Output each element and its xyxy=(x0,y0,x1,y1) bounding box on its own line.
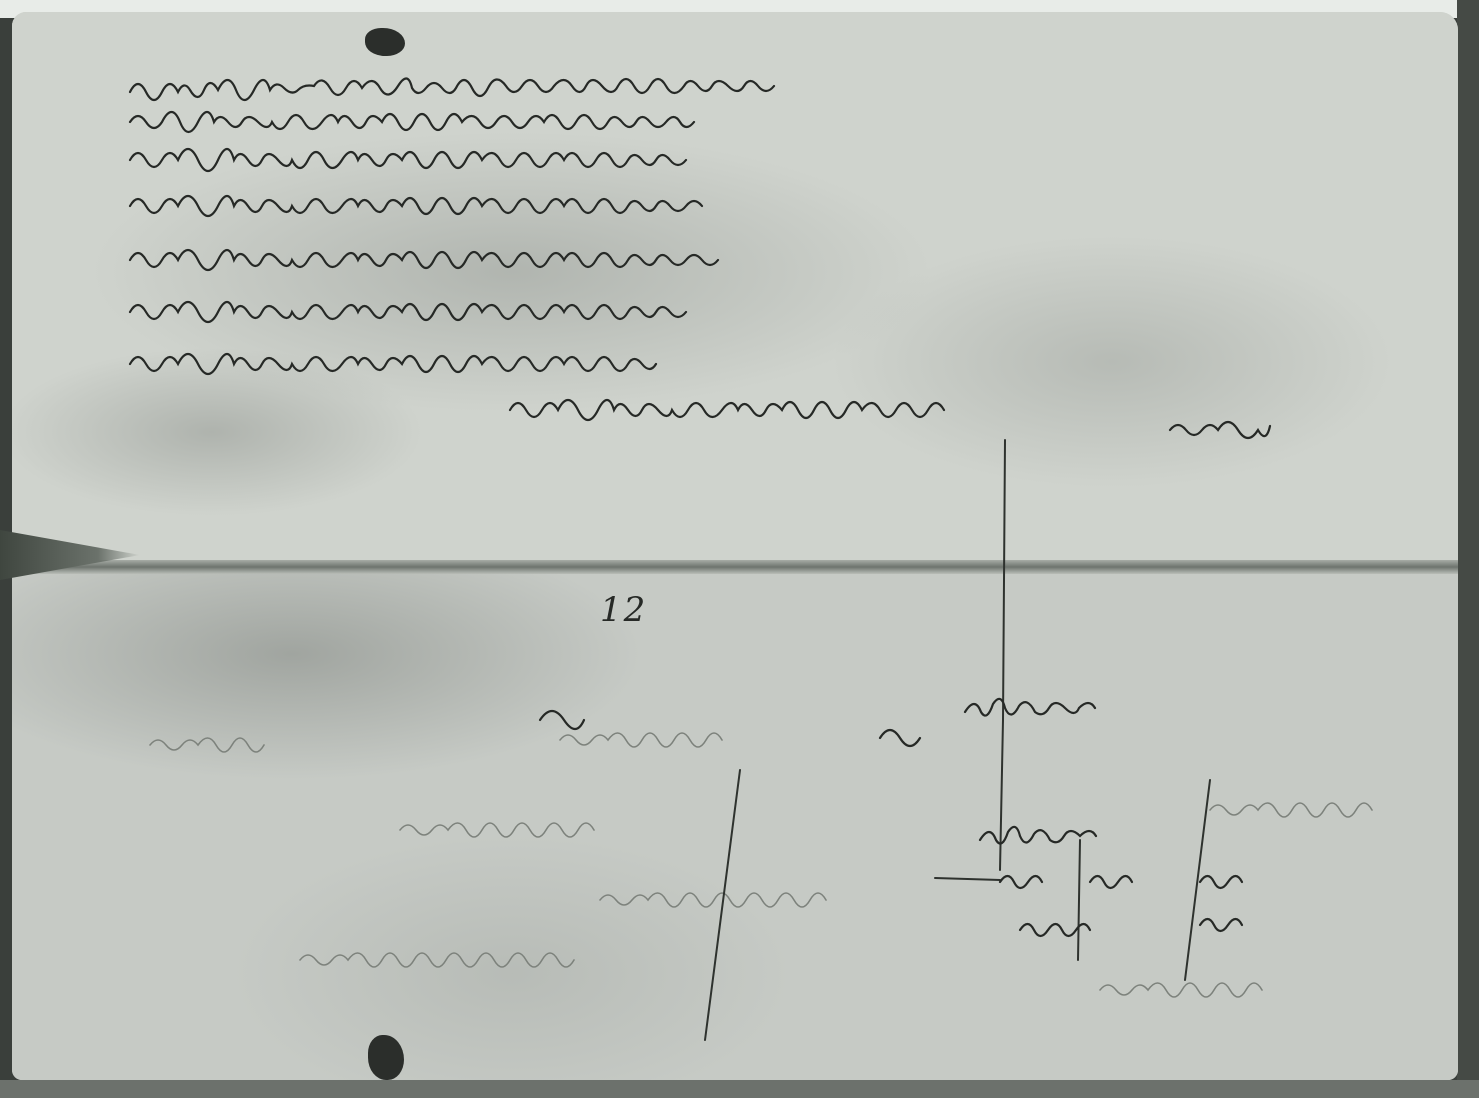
page-number-mark: 12 xyxy=(600,590,647,630)
script-lines xyxy=(130,78,1270,438)
ruled-marks xyxy=(705,440,1210,1040)
handwritten-text-block xyxy=(0,0,1479,1098)
